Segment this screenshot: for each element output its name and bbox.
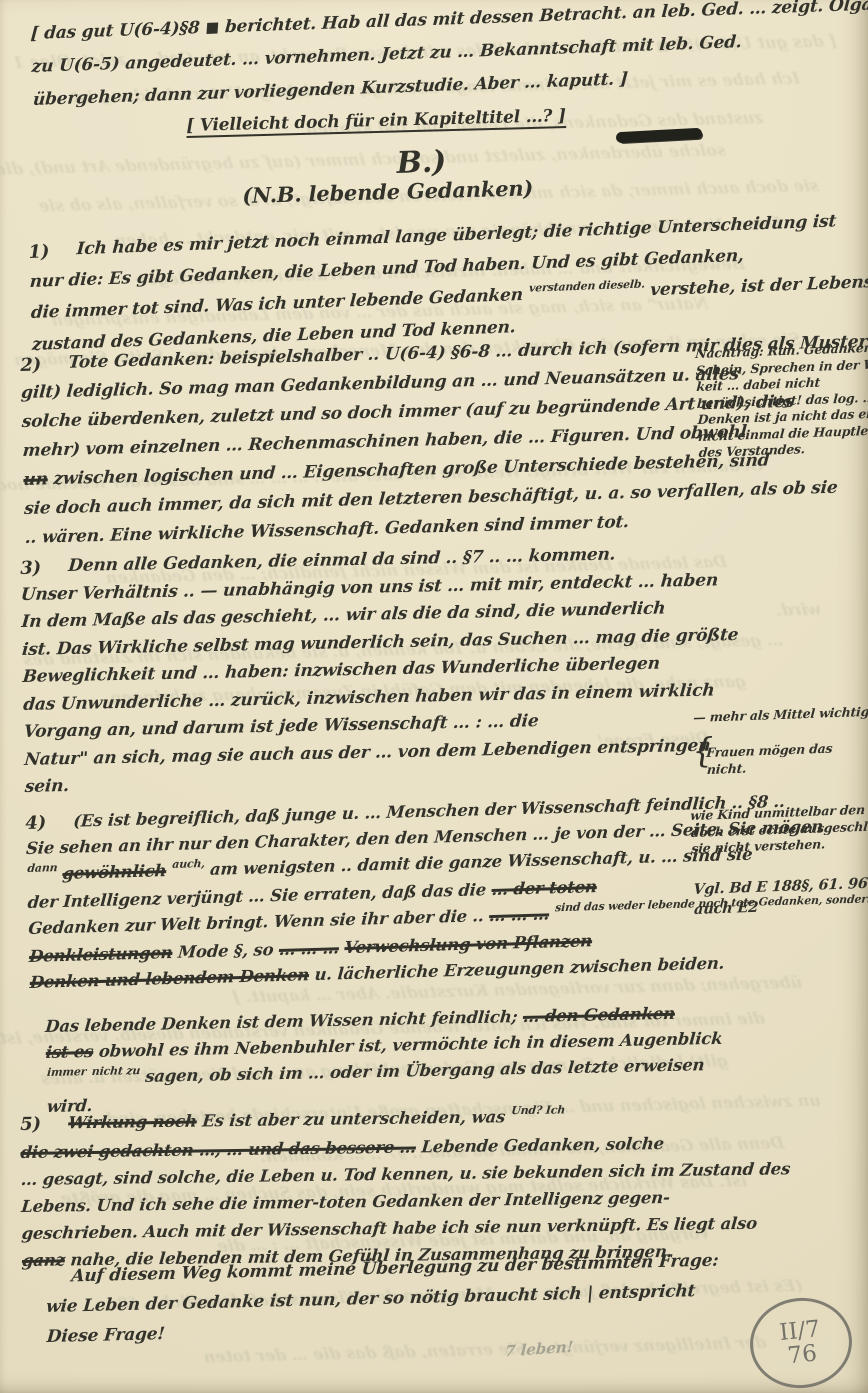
paragraph-p6: Auf diesem Weg kommt meine Überlegung zu… [45,1246,707,1352]
margin-note-m5: Vgl. Bd E 188§, 61. 96 auch E2 [693,874,866,920]
margin-note-m1: Nachtrag: Ruh. Gedanken, Schein, Spreche… [695,340,867,461]
bleed-through-line: solche überdenken, zuletzt und so doch i… [0,140,727,178]
paragraph-3: 3)Denn alle Gedanken, die einmal da sind… [20,539,745,802]
margin-note-m3: {Frauen mögen das nicht. [706,739,867,778]
title-question: [ Vielleicht doch für ein Kapiteltitel …… [186,106,566,136]
manuscript-scan: [ das gut U(6-4)§8 ◼ berichtet. Hab all … [0,0,868,1393]
section-subheading: (N.B. lebende Gedanken) [242,175,533,208]
paragraph-2: 2)Tote Gedanken: beispielshalber .. U(6-… [20,331,745,553]
paragraph-4: 4)(Es ist begreiflich, daß junge u. … Me… [25,790,750,996]
section-heading: B.) [396,144,447,181]
bleed-through-line: wird. [775,599,823,619]
inked-out-word [616,128,702,143]
archive-signature-bottom: 76 [786,1341,818,1368]
archive-signature-stamp: II/7 76 [746,1293,857,1393]
title-question-text: [ Vielleicht doch für ein Kapiteltitel …… [186,106,566,136]
margin-note-m4: wie Kind unmittelbar den Menschen doch e… [690,802,868,858]
pencil-note: 7 leben! [504,1338,574,1361]
paragraph-p0: [ das gut U(6-4)§8 ◼ berichtet. Hab all … [30,0,693,117]
